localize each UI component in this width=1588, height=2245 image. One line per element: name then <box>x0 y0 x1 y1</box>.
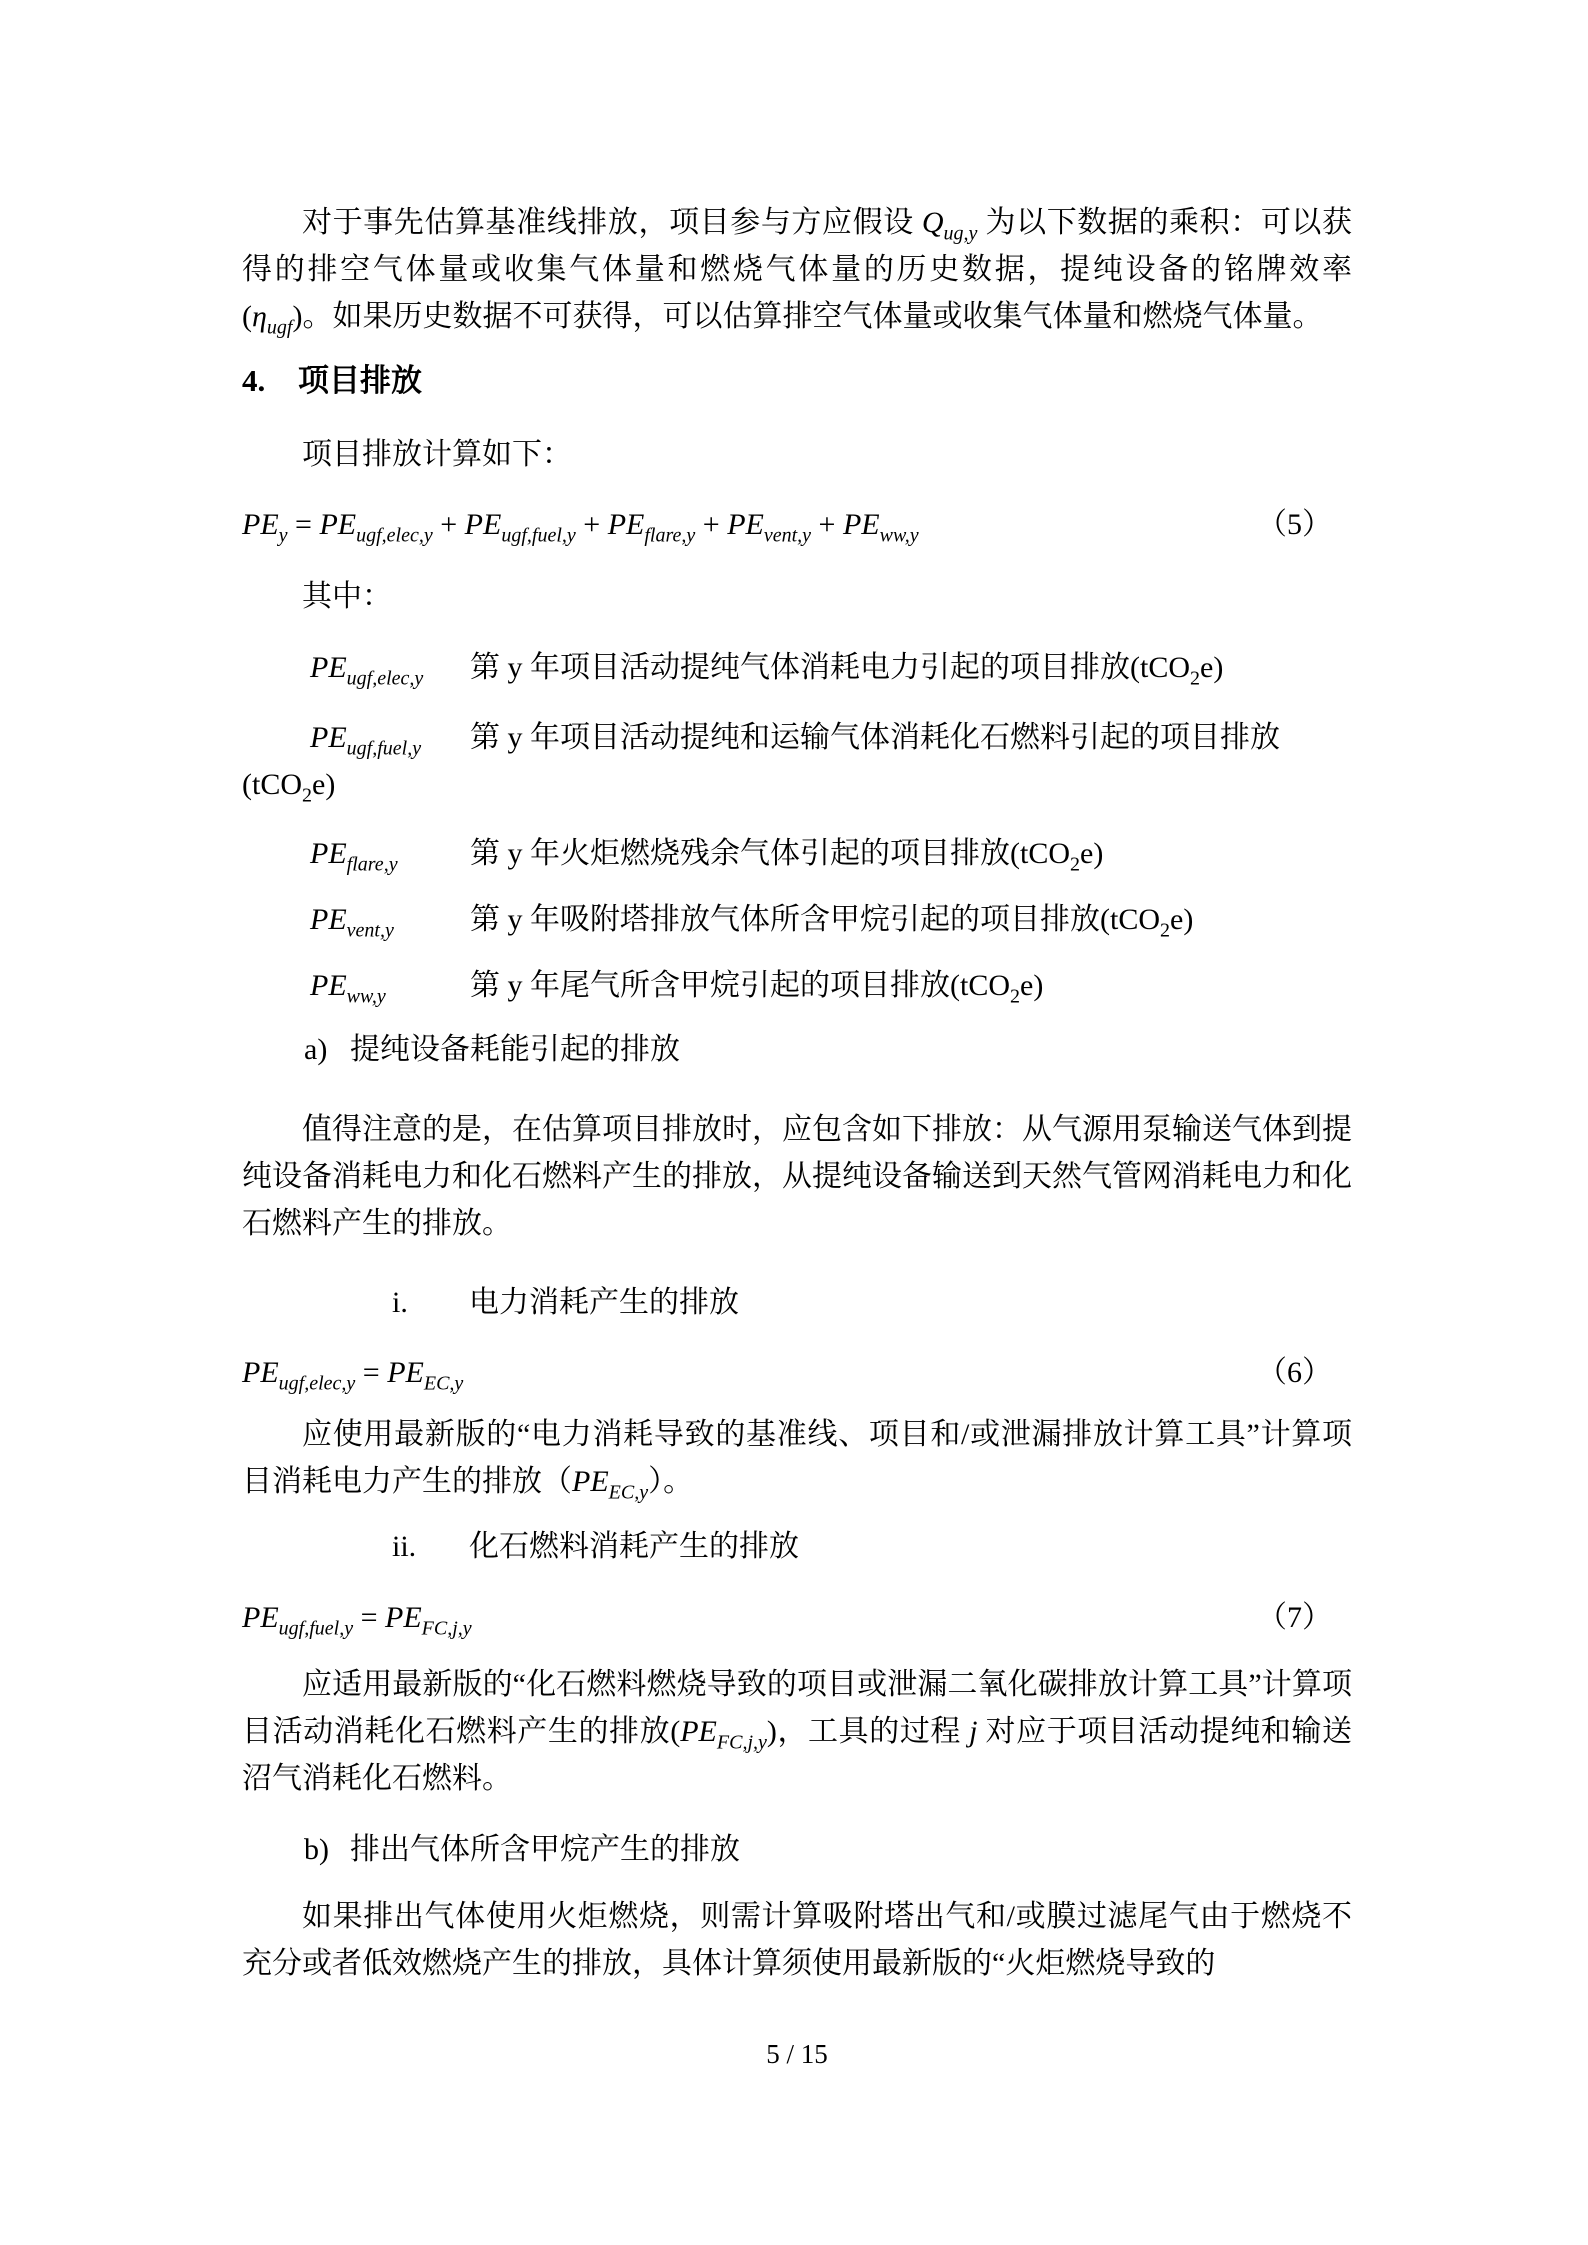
subsection-number: ii. <box>392 1523 469 1570</box>
subsection-heading-b: b)排出气体所含甲烷产生的排放 <box>242 1826 1352 1873</box>
equation-5-number: （5） <box>1257 501 1352 548</box>
document-page: 对于事先估算基准线排放，项目参与方应假设 Qug,y 为以下数据的乘积：可以获得… <box>0 0 1588 2245</box>
equation-6-expression: PEugf,elec,y = PEEC,y <box>242 1349 463 1396</box>
definition-term: PEugf,fuel,y <box>310 714 470 761</box>
definition-unit-continuation: (tCO2e) <box>242 761 1352 808</box>
subsection-title: 排出气体所含甲烷产生的排放 <box>350 1833 740 1866</box>
definition-row: PEflare,y 第 y 年火炬燃烧残余气体引起的项目排放(tCO2e) <box>242 830 1352 877</box>
equation-7-expression: PEugf,fuel,y = PEFC,j,y <box>242 1594 472 1641</box>
definition-term: PEvent,y <box>310 896 470 943</box>
definition-description: 第 y 年项目活动提纯气体消耗电力引起的项目排放(tCO2e) <box>470 644 1352 691</box>
paragraph-pe-intro: 项目排放计算如下： <box>242 431 1352 478</box>
equation-7-number: （7） <box>1257 1594 1352 1641</box>
equation-6-number: （6） <box>1257 1349 1352 1396</box>
definition-description: 第 y 年项目活动提纯和运输气体消耗化石燃料引起的项目排放 <box>470 714 1352 761</box>
paragraph-note: 值得注意的是，在估算项目排放时，应包含如下排放：从气源用泵输送气体到提纯设备消耗… <box>242 1106 1352 1247</box>
paragraph-baseline-estimate: 对于事先估算基准线排放，项目参与方应假设 Qug,y 为以下数据的乘积：可以获得… <box>242 199 1352 340</box>
subsection-title: 电力消耗产生的排放 <box>469 1286 739 1319</box>
definition-row: PEugf,elec,y 第 y 年项目活动提纯气体消耗电力引起的项目排放(tC… <box>242 644 1352 691</box>
subsection-heading-a: a)提纯设备耗能引起的排放 <box>242 1026 1352 1073</box>
equation-6: PEugf,elec,y = PEEC,y （6） <box>242 1349 1352 1396</box>
definition-row: PEugf,fuel,y 第 y 年项目活动提纯和运输气体消耗化石燃料引起的项目… <box>242 714 1352 761</box>
definition-term: PEugf,elec,y <box>310 644 470 691</box>
definition-term: PEflare,y <box>310 830 470 877</box>
definition-description: 第 y 年火炬燃烧残余气体引起的项目排放(tCO2e) <box>470 830 1352 877</box>
subsection-heading-ii: ii.化石燃料消耗产生的排放 <box>242 1523 1352 1570</box>
page-content: 对于事先估算基准线排放，项目参与方应假设 Qug,y 为以下数据的乘积：可以获得… <box>0 0 1588 2071</box>
section-number: 4. <box>242 357 298 404</box>
equation-5-expression: PEy = PEugf,elec,y + PEugf,fuel,y + PEfl… <box>242 501 919 548</box>
definition-description: 第 y 年尾气所含甲烷引起的项目排放(tCO2e) <box>470 962 1352 1009</box>
definition-row: PEvent,y 第 y 年吸附塔排放气体所含甲烷引起的项目排放(tCO2e) <box>242 896 1352 943</box>
where-label: 其中： <box>242 573 1352 620</box>
page-number: 5 / 15 <box>242 2037 1352 2071</box>
section-title: 项目排放 <box>298 363 422 398</box>
definition-row: PEww,y 第 y 年尾气所含甲烷引起的项目排放(tCO2e) <box>242 962 1352 1009</box>
paragraph-electricity-tool: 应使用最新版的“电力消耗导致的基准线、项目和/或泄漏排放计算工具”计算项目消耗电… <box>242 1411 1352 1505</box>
equation-7: PEugf,fuel,y = PEFC,j,y （7） <box>242 1594 1352 1641</box>
subsection-number: b) <box>304 1826 350 1873</box>
subsection-title: 提纯设备耗能引起的排放 <box>350 1033 680 1066</box>
paragraph-fossil-fuel-tool: 应适用最新版的“化石燃料燃烧导致的项目或泄漏二氧化碳排放计算工具”计算项目活动消… <box>242 1661 1352 1802</box>
equation-5: PEy = PEugf,elec,y + PEugf,fuel,y + PEfl… <box>242 501 1352 548</box>
definition-description: 第 y 年吸附塔排放气体所含甲烷引起的项目排放(tCO2e) <box>470 896 1352 943</box>
subsection-heading-i: i.电力消耗产生的排放 <box>242 1279 1352 1326</box>
paragraph-flare: 如果排出气体使用火炬燃烧，则需计算吸附塔出气和/或膜过滤尾气由于燃烧不充分或者低… <box>242 1893 1352 1987</box>
subsection-title: 化石燃料消耗产生的排放 <box>469 1530 799 1563</box>
subsection-number: i. <box>392 1279 469 1326</box>
subsection-number: a) <box>304 1026 350 1073</box>
section-heading-4: 4.项目排放 <box>242 357 1352 404</box>
definition-term: PEww,y <box>310 962 470 1009</box>
